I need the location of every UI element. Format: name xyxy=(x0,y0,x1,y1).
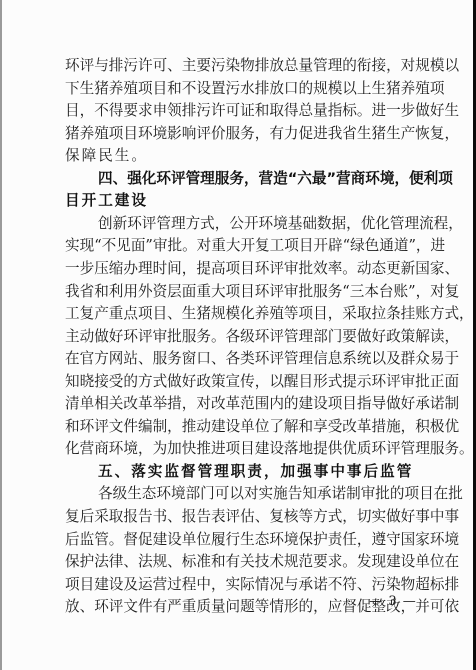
body-text-line: 在官方网站、服务窗口、各类环评管理信息系统以及群众易于 xyxy=(65,348,417,370)
paragraph-first-line: 创新环评管理方式，公开环境基础数据，优化管理流程， xyxy=(98,213,417,235)
body-text-line: 工复产重点项目、生猪规模化养殖等项目，采取拉条挂账方式， xyxy=(65,303,417,325)
body-text-line: 化营商环境，为加快推进项目建设落地提供优质环评管理服务。 xyxy=(65,438,417,460)
body-text-line: 项目建设及运营过程中，实际情况与承诺不符、污染物超标排 xyxy=(65,574,417,596)
body-text-line: 猪养殖项目环境影响评价服务，有力促进我省生猪生产恢复， xyxy=(65,123,417,145)
document-page: 环评与排污许可、主要污染物排放总量管理的衔接，对规模以下生猪养殖项目和不设置污水… xyxy=(2,0,473,670)
body-text-line: 保护法律、法规、标准和有关技术规范要求。发现建设单位在 xyxy=(65,551,417,573)
body-text-line: 环评与排污许可、主要污染物排放总量管理的衔接，对规模以 xyxy=(65,55,417,77)
body-text-line: 知晓接受的方式做好政策宣传，以醒目形式提示环评审批正面 xyxy=(65,371,417,393)
body-text-line: 我省和利用外资层面重大项目环评审批服务“三本台账”，对复 xyxy=(65,281,417,303)
body-text-line: 复后采取报告书、报告表评估、复核等方式，切实做好事中事 xyxy=(65,506,417,528)
body-text-line: 一步压缩办理时间，提高项目环评审批效率。动态更新国家、 xyxy=(65,258,417,280)
body-text-line: 下生猪养殖项目和不设置污水排放口的规模以上生猪养殖项 xyxy=(65,78,417,100)
section-heading: 四、强化环评管理服务，营造“六最”营商环境，便利项 xyxy=(98,168,417,190)
body-text-line: 保障民生。 xyxy=(65,145,417,167)
section-heading: 五、落实监督管理职责，加强事中事后监管 xyxy=(98,461,417,483)
body-text-line: 目，不得要求申领排污许可证和取得总量指标。进一步做好生 xyxy=(65,100,417,122)
body-text-line: 和环评文件编制，推动建设单位了解和享受改革措施，积极优 xyxy=(65,416,417,438)
body-text-line: 主动做好环评审批服务。各级环评管理部门要做好政策解读， xyxy=(65,326,417,348)
body-text-line: 清单相关改革举措，对改革范围内的建设项目指导做好承诺制 xyxy=(65,393,417,415)
body-text-line: 放、环评文件有严重质量问题等情形的，应督促整改，并可依 xyxy=(65,596,417,618)
body-text-line: 实现“不见面”审批。对重大开复工项目开辟“绿色通道”，进 xyxy=(65,235,417,257)
page-number: — 3 — xyxy=(367,592,419,612)
section-heading-continued: 目开工建设 xyxy=(65,190,417,212)
body-text-line: 后监管。督促建设单位履行生态环境保护责任，遵守国家环境 xyxy=(65,529,417,551)
paragraph-first-line: 各级生态环境部门可以对实施告知承诺制审批的项目在批 xyxy=(98,483,417,505)
